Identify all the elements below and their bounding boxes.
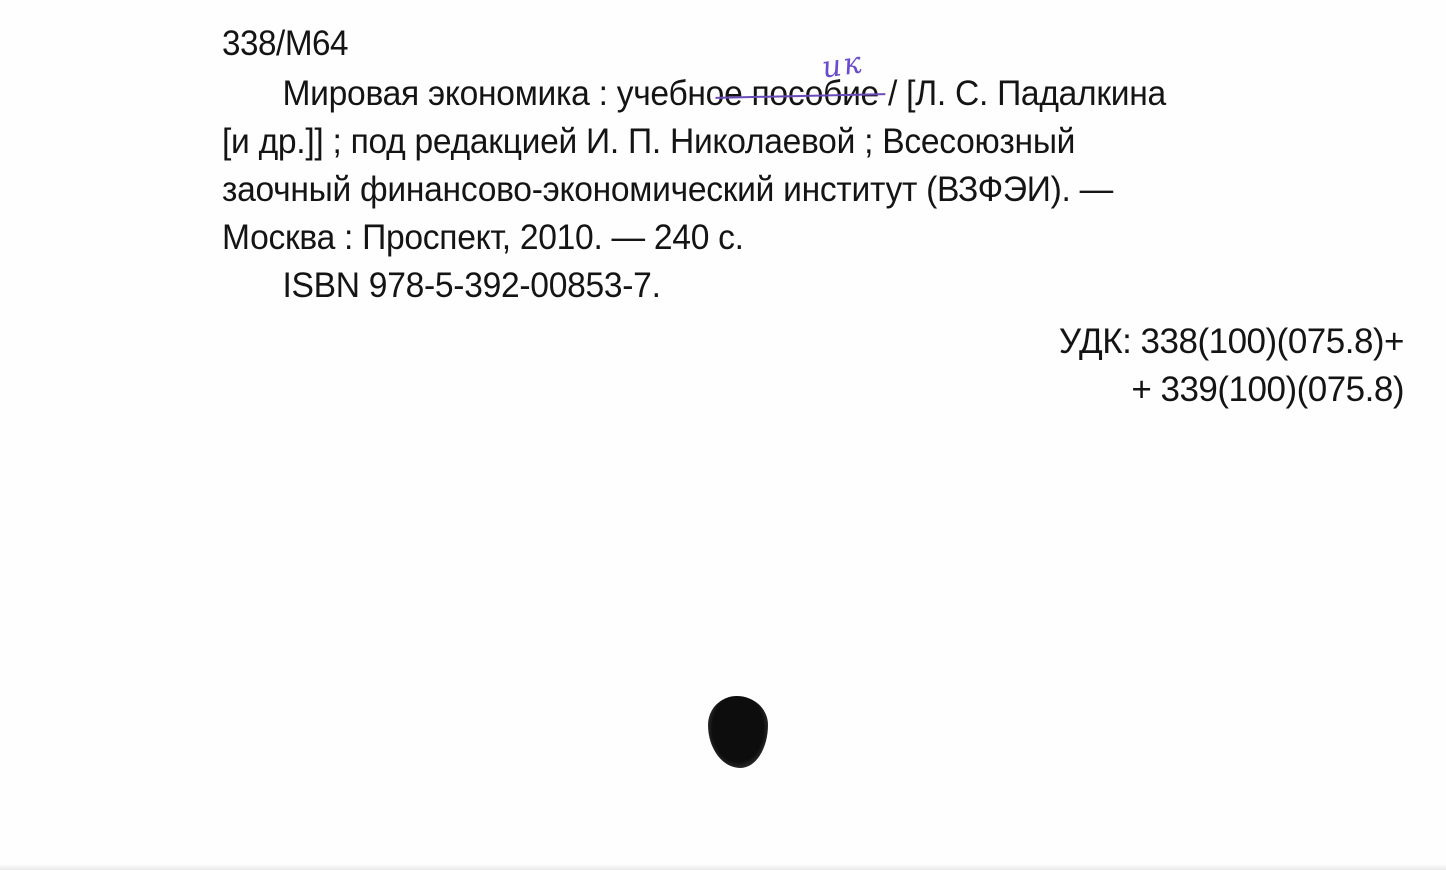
entry-title-line: Мировая экономика : учебное пособие / [Л… — [222, 70, 1364, 118]
entry-isbn: ISBN 978-5-392-00853-7. — [222, 262, 1364, 310]
struck-text: ое пособие — [706, 70, 879, 118]
shelfmark: 338/М64 — [222, 24, 348, 64]
catalog-card: 338/М64 ик Мировая экономика : учебное п… — [0, 0, 1446, 870]
entry-line-3: заочный финансово-экономический институт… — [222, 166, 1364, 214]
bibliographic-entry: Мировая экономика : учебное пособие / [Л… — [222, 70, 1412, 310]
udc-line-2: + 339(100)(075.8) — [1059, 366, 1404, 414]
udc-line-1: УДК: 338(100)(075.8)+ — [1059, 318, 1404, 366]
entry-publication: Москва : Проспект, 2010. — 240 с. — [222, 214, 1364, 262]
card-edge — [0, 864, 1446, 870]
entry-authors: / [Л. С. Падалкина — [879, 74, 1166, 113]
entry-title: Мировая экономика : учебн — [282, 74, 705, 113]
punch-hole — [708, 696, 768, 768]
udc-classification: УДК: 338(100)(075.8)+ + 339(100)(075.8) — [1059, 318, 1404, 414]
entry-line-2: [и др.]] ; под редакцией И. П. Николаево… — [222, 118, 1364, 166]
